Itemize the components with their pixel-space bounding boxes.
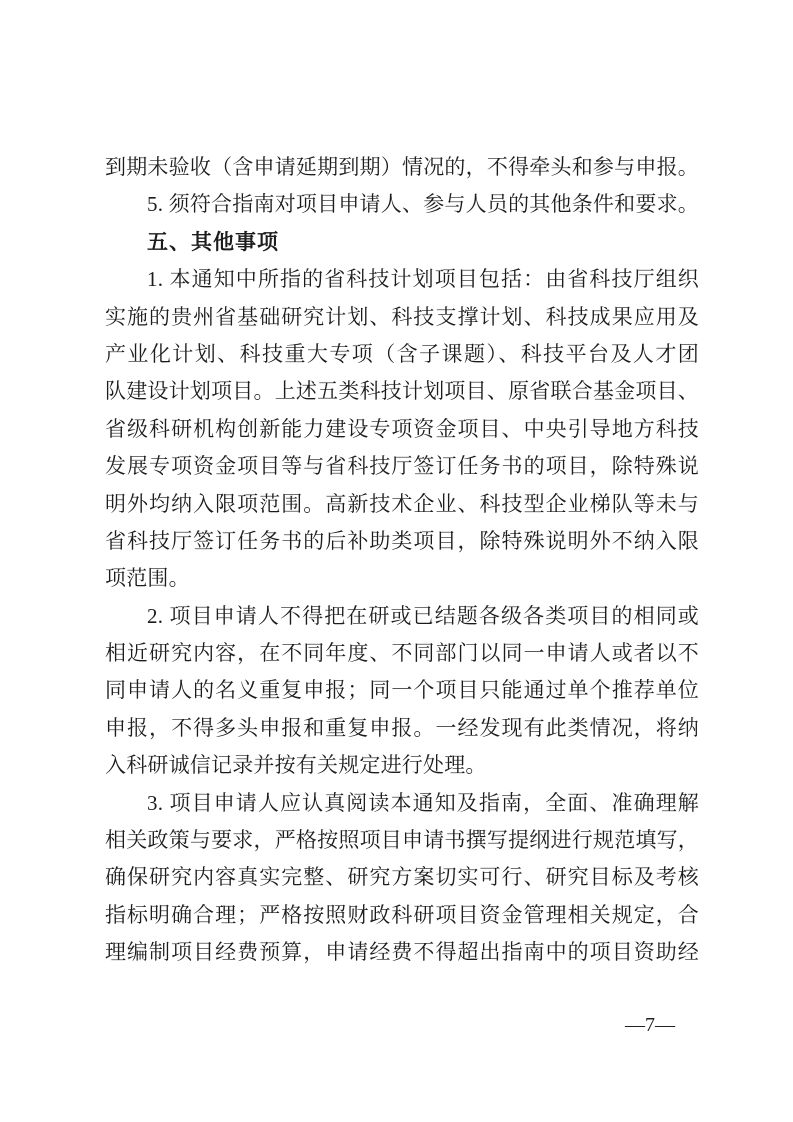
text-line: 同申请人的名义重复申报；同一个项目只能通过单个推荐单位 [105, 672, 699, 709]
page-number: —7— [625, 1014, 675, 1037]
document-body: 到期未验收（含申请延期到期）情况的，不得牵头和参与申报。 5. 须符合指南对项目… [105, 149, 699, 972]
text-line: 理编制项目经费预算，申请经费不得超出指南中的项目资助经 [105, 934, 699, 971]
text-line: 1. 本通知中所指的省科技计划项目包括：由省科技厅组织 [105, 261, 699, 298]
text-line: 队建设计划项目。上述五类科技计划项目、原省联合基金项目、 [105, 373, 699, 410]
text-line: 省科技厅签订任务书的后补助类项目，除特殊说明外不纳入限 [105, 523, 699, 560]
text-line: 省级科研机构创新能力建设专项资金项目、中央引导地方科技 [105, 411, 699, 448]
text-line: 产业化计划、科技重大专项（含子课题）、科技平台及人才团 [105, 336, 699, 373]
text-line: 确保研究内容真实完整、研究方案切实可行、研究目标及考核 [105, 859, 699, 896]
text-line: 项范围。 [105, 560, 699, 597]
text-line: 发展专项资金项目等与省科技厅签订任务书的项目，除特殊说 [105, 448, 699, 485]
text-line: 申报，不得多头申报和重复申报。一经发现有此类情况，将纳 [105, 710, 699, 747]
text-line: 5. 须符合指南对项目申请人、参与人员的其他条件和要求。 [105, 186, 699, 223]
text-line: 到期未验收（含申请延期到期）情况的，不得牵头和参与申报。 [105, 149, 699, 186]
text-line: 入科研诚信记录并按有关规定进行处理。 [105, 747, 699, 784]
text-line: 指标明确合理；严格按照财政科研项目资金管理相关规定，合 [105, 897, 699, 934]
text-line: 相近研究内容，在不同年度、不同部门以同一申请人或者以不 [105, 635, 699, 672]
text-line: 实施的贵州省基础研究计划、科技支撑计划、科技成果应用及 [105, 299, 699, 336]
section-heading: 五、其他事项 [105, 224, 699, 261]
text-line: 2. 项目申请人不得把在研或已结题各级各类项目的相同或 [105, 598, 699, 635]
text-line: 明外均纳入限项范围。高新技术企业、科技型企业梯队等未与 [105, 486, 699, 523]
text-line: 3. 项目申请人应认真阅读本通知及指南，全面、准确理解 [105, 785, 699, 822]
document-page: 到期未验收（含申请延期到期）情况的，不得牵头和参与申报。 5. 须符合指南对项目… [0, 0, 793, 1122]
text-line: 相关政策与要求，严格按照项目申请书撰写提纲进行规范填写， [105, 822, 699, 859]
